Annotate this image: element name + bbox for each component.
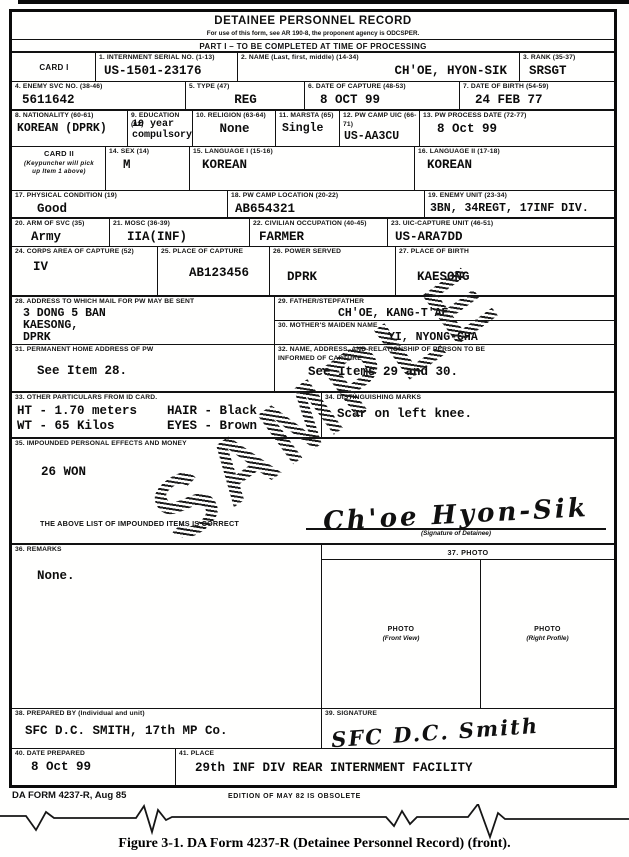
field-value: FARMER	[253, 230, 385, 244]
field-29-father-stepfather: 29. FATHER/STEPFATHER CH'OE, KANG-T'AE	[275, 297, 614, 321]
field-label: 29. FATHER/STEPFATHER	[278, 298, 612, 307]
field-value: SFC D.C. SMITH, 17th MP Co.	[15, 724, 319, 738]
field-value: Single	[279, 122, 337, 135]
page-top-tear-edge	[18, 0, 629, 4]
row-impounded: 35. IMPOUNDED PERSONAL EFFECTS AND MONEY…	[12, 439, 614, 545]
field-label: 24. CORPS AREA OF CAPTURE (52)	[15, 248, 155, 257]
field-36-remarks: 36. REMARKS None.	[12, 545, 322, 708]
field-value: REG	[189, 93, 302, 107]
field-13-pw-process-date: 13. PW PROCESS DATE (72-77) 8 Oct 99	[420, 111, 614, 146]
photo-right-sublabel: (Right Profile)	[526, 635, 568, 643]
row-card1: CARD I 1. INTERNMENT SERIAL NO. (1-13) U…	[12, 53, 614, 82]
field-label: 35. IMPOUNDED PERSONAL EFFECTS AND MONEY	[15, 440, 612, 449]
field-label: 32. NAME, ADDRESS, AND RELATIONSHIP OF P…	[278, 346, 612, 364]
field-11-marsta: 11. MARSTA (65) Single	[276, 111, 340, 146]
photo-header: 37. PHOTO	[322, 545, 614, 560]
field-10-religion: 10. RELIGION (63-64) None	[193, 111, 276, 146]
field-7-date-of-birth: 7. DATE OF BIRTH (54-59) 24 FEB 77	[460, 82, 614, 109]
field-26-power-served: 26. POWER SERVED DPRK	[270, 247, 396, 295]
field-value: KOREAN	[418, 158, 612, 172]
photo-right-label: PHOTO	[534, 625, 561, 636]
figure-caption: Figure 3-1. DA Form 4237-R (Detainee Per…	[0, 836, 629, 853]
field-label: 7. DATE OF BIRTH (54-59)	[463, 83, 612, 92]
field-value: 29th INF DIV REAR INTERNMENT FACILITY	[179, 761, 612, 775]
row-remarks-photo: 36. REMARKS None. 37. PHOTO PHOTO (Front…	[12, 545, 614, 709]
field-value: 10 year compulsory	[131, 120, 190, 141]
field-5-type: 5. TYPE (47) REG	[186, 82, 305, 109]
row-capture: 24. CORPS AREA OF CAPTURE (52) IV 25. PL…	[12, 247, 614, 297]
parents-column: 29. FATHER/STEPFATHER CH'OE, KANG-T'AE 3…	[275, 297, 614, 344]
field-label: 16. LANGUAGE II (17-18)	[418, 148, 612, 157]
field-3-rank: 3. RANK (35-37) SRSGT	[520, 53, 614, 81]
field-value: AB654321	[231, 202, 422, 216]
field-label: 18. PW CAMP LOCATION (20-22)	[231, 192, 422, 201]
field-27-place-of-birth: 27. PLACE OF BIRTH KAESONG	[396, 247, 614, 295]
field-9-education: 9. EDUCATION (62) 10 year compulsory	[128, 111, 193, 146]
field-label: 6. DATE OF CAPTURE (48-53)	[308, 83, 457, 92]
row-svc: 4. ENEMY SVC NO. (38-46) 5611642 5. TYPE…	[12, 82, 614, 111]
form-title: DETAINEE PERSONNEL RECORD	[12, 12, 614, 28]
field-label: 23. UIC-CAPTURE UNIT (46-51)	[391, 220, 612, 229]
field-label: 15. LANGUAGE I (15-16)	[193, 148, 412, 157]
detainee-signature-block: Ch'oe Hyon-Sik (Signature of Detainee)	[306, 502, 606, 539]
field-31-permanent-home-address: 31. PERMANENT HOME ADDRESS OF PW See Ite…	[12, 345, 275, 391]
field-label: 2. NAME (Last, first, middle) (14-34)	[241, 54, 517, 63]
field-1-internment-serial-no: 1. INTERNMENT SERIAL NO. (1-13) US-1501-…	[96, 53, 238, 81]
preparer-signature: SFC D.C. Smith	[331, 715, 540, 748]
field-20-arm-of-svc: 20. ARM OF SVC (35) Army	[12, 219, 110, 246]
card2-note: (Keypuncher will pick up Item 1 above)	[24, 160, 94, 177]
field-30-mothers-maiden-name: 30. MOTHER'S MAIDEN NAME YI, NYONG-CHA	[275, 321, 614, 344]
edition-note: EDITION OF MAY 82 IS OBSOLETE	[228, 793, 361, 800]
torn-edge-graphic	[0, 804, 629, 840]
card1-label: CARD I	[39, 63, 68, 73]
field-value: None	[196, 122, 273, 136]
field-22-civilian-occupation: 22. CIVILIAN OCCUPATION (40-45) FARMER	[250, 219, 388, 246]
part1-header: PART I – TO BE COMPLETED AT TIME OF PROC…	[12, 40, 614, 51]
field-label: 5. TYPE (47)	[189, 83, 302, 92]
field-16-language-2: 16. LANGUAGE II (17-18) KOREAN	[415, 147, 614, 190]
row-card2: CARD II (Keypuncher will pick up Item 1 …	[12, 147, 614, 191]
field-value: Army	[15, 230, 107, 244]
field-17-physical-condition: 17. PHYSICAL CONDITION (19) Good	[12, 191, 228, 217]
field-value: SRSGT	[523, 64, 612, 78]
row-physical: 17. PHYSICAL CONDITION (19) Good 18. PW …	[12, 191, 614, 219]
field-23-uic-capture-unit: 23. UIC-CAPTURE UNIT (46-51) US-ARA7DD	[388, 219, 614, 246]
field-value: US-AA3CU	[343, 130, 417, 143]
field-value: US-1501-23176	[99, 64, 235, 78]
photo-front-label: PHOTO	[388, 625, 415, 636]
row-date-place: 40. DATE PREPARED 8 Oct 99 41. PLACE 29t…	[12, 749, 614, 785]
field-label: 27. PLACE OF BIRTH	[399, 248, 612, 257]
field-33-other-particulars: 33. OTHER PARTICULARS FROM ID CARD. HT -…	[12, 393, 322, 437]
field-label: 12. PW CAMP UIC (66-71)	[343, 112, 417, 130]
field-label: 31. PERMANENT HOME ADDRESS OF PW	[15, 346, 272, 355]
field-label: 14. SEX (14)	[109, 148, 187, 157]
field-value: M	[109, 158, 187, 172]
field-value: See Items 29 and 30.	[278, 365, 612, 379]
impounded-certify-text: THE ABOVE LIST OF IMPOUNDED ITEMS IS COR…	[40, 520, 239, 527]
field-label: 28. ADDRESS TO WHICH MAIL FOR PW MAY BE …	[15, 298, 272, 307]
row-nationality: 8. NATIONALITY (60-61) KOREAN (DPRK) 9. …	[12, 111, 614, 147]
field-value: See Item 28.	[15, 364, 272, 378]
field-value: Good	[15, 202, 225, 216]
field-value: None.	[15, 569, 319, 583]
field-label: 22. CIVILIAN OCCUPATION (40-45)	[253, 220, 385, 229]
field-label: 41. PLACE	[179, 750, 612, 759]
field-label: 21. MOSC (36-39)	[113, 220, 247, 229]
card1-cell: CARD I	[12, 53, 96, 81]
field-38-prepared-by: 38. PREPARED BY (Individual and unit) SF…	[12, 709, 322, 748]
field-value: CH'OE, KANG-T'AE	[278, 307, 612, 320]
row-arm-of-svc: 20. ARM OF SVC (35) Army 21. MOSC (36-39…	[12, 219, 614, 247]
form-subtitle: For use of this form, see AR 190-8, the …	[12, 28, 614, 40]
card2-cell: CARD II (Keypuncher will pick up Item 1 …	[12, 147, 106, 190]
card2-label: CARD II	[44, 149, 74, 158]
field-37-photo: 37. PHOTO PHOTO (Front View) PHOTO (Righ…	[322, 545, 614, 708]
field-label: 34. DISTINGUISHING MARKS	[325, 394, 612, 403]
field-value: KOREAN	[193, 158, 412, 172]
field-label: 40. DATE PREPARED	[15, 750, 173, 759]
da-form-4237r: DETAINEE PERSONNEL RECORD For use of thi…	[9, 9, 617, 788]
field-label: 25. PLACE OF CAPTURE	[161, 248, 267, 257]
photo-boxes: PHOTO (Front View) PHOTO (Right Profile)	[322, 560, 614, 708]
field-label: 36. REMARKS	[15, 546, 319, 555]
field-label: 17. PHYSICAL CONDITION (19)	[15, 192, 225, 201]
field-19-enemy-unit: 19. ENEMY UNIT (23-34) 3BN, 34REGT, 17IN…	[425, 191, 614, 217]
field-18-pw-camp-location: 18. PW CAMP LOCATION (20-22) AB654321	[228, 191, 425, 217]
field-value: IIA(INF)	[113, 230, 247, 244]
field-value: DPRK	[273, 270, 393, 284]
field-label: 4. ENEMY SVC NO. (38-46)	[15, 83, 183, 92]
field-value: 8 Oct 99	[423, 122, 612, 136]
field-34-distinguishing-marks: 34. DISTINGUISHING MARKS Scar on left kn…	[322, 393, 614, 437]
field-label: 8. NATIONALITY (60-61)	[15, 112, 125, 121]
field-12-pw-camp-uic: 12. PW CAMP UIC (66-71) US-AA3CU	[340, 111, 420, 146]
photo-right-profile-box: PHOTO (Right Profile)	[481, 560, 614, 708]
field-28-mail-address: 28. ADDRESS TO WHICH MAIL FOR PW MAY BE …	[12, 297, 275, 344]
field-32-person-to-be-informed: 32. NAME, ADDRESS, AND RELATIONSHIP OF P…	[275, 345, 614, 391]
detainee-signature: Ch'oe Hyon-Sik	[306, 502, 606, 530]
field-value: Scar on left knee.	[325, 407, 612, 421]
field-label: 30. MOTHER'S MAIDEN NAME	[278, 322, 612, 331]
row-prepared-by: 38. PREPARED BY (Individual and unit) SF…	[12, 709, 614, 749]
field-value: 26 WON	[15, 465, 612, 479]
field-label: 20. ARM OF SVC (35)	[15, 220, 107, 229]
field-value: AB123456	[161, 266, 267, 280]
field-value: 5611642	[15, 93, 183, 107]
field-value: 24 FEB 77	[463, 93, 612, 107]
field-35-impounded-effects: 35. IMPOUNDED PERSONAL EFFECTS AND MONEY…	[12, 439, 614, 543]
photo-front-sublabel: (Front View)	[383, 635, 420, 643]
field-39-signature: 39. SIGNATURE SFC D.C. Smith	[322, 709, 614, 748]
field-40-date-prepared: 40. DATE PREPARED 8 Oct 99	[12, 749, 176, 785]
field-15-language-1: 15. LANGUAGE I (15-16) KOREAN	[190, 147, 415, 190]
field-value: CH'OE, HYON-SIK	[241, 64, 517, 78]
field-value: 8 OCT 99	[308, 93, 457, 107]
field-label: 38. PREPARED BY (Individual and unit)	[15, 710, 319, 719]
row-home-address: 31. PERMANENT HOME ADDRESS OF PW See Ite…	[12, 345, 614, 393]
field-4-enemy-svc-no: 4. ENEMY SVC NO. (38-46) 5611642	[12, 82, 186, 109]
field-14-sex: 14. SEX (14) M	[106, 147, 190, 190]
field-label: 19. ENEMY UNIT (23-34)	[428, 192, 612, 201]
field-label: 1. INTERNMENT SERIAL NO. (1-13)	[99, 54, 235, 63]
field-label: 10. RELIGION (63-64)	[196, 112, 273, 121]
field-41-place: 41. PLACE 29th INF DIV REAR INTERNMENT F…	[176, 749, 614, 785]
field-value: 3BN, 34REGT, 17INF DIV.	[428, 202, 612, 215]
field-2-name: 2. NAME (Last, first, middle) (14-34) CH…	[238, 53, 520, 81]
field-25-place-of-capture: 25. PLACE OF CAPTURE AB123456	[158, 247, 270, 295]
field-value: IV	[15, 260, 155, 274]
row-mail-parents: 28. ADDRESS TO WHICH MAIL FOR PW MAY BE …	[12, 297, 614, 345]
scanned-manual-page: SAMPLE DETAINEE PERSONNEL RECORD For use…	[0, 0, 629, 857]
field-value: US-ARA7DD	[391, 230, 612, 244]
field-label: 33. OTHER PARTICULARS FROM ID CARD.	[15, 394, 319, 403]
field-value: 8 Oct 99	[15, 760, 173, 774]
field-21-mosc: 21. MOSC (36-39) IIA(INF)	[110, 219, 250, 246]
field-value: YI, NYONG-CHA	[278, 331, 612, 344]
photo-front-view-box: PHOTO (Front View)	[322, 560, 481, 708]
field-value: HT - 1.70 meters HAIR - Black WT - 65 Ki…	[15, 404, 319, 435]
field-label: 11. MARSTA (65)	[279, 112, 337, 121]
field-value: 3 DONG 5 BAN KAESONG, DPRK	[15, 308, 272, 344]
field-value: KOREAN (DPRK)	[15, 122, 125, 135]
form-header: DETAINEE PERSONNEL RECORD For use of thi…	[12, 12, 614, 53]
row-id-particulars: 33. OTHER PARTICULARS FROM ID CARD. HT -…	[12, 393, 614, 439]
field-24-corps-area-of-capture: 24. CORPS AREA OF CAPTURE (52) IV	[12, 247, 158, 295]
field-6-date-of-capture: 6. DATE OF CAPTURE (48-53) 8 OCT 99	[305, 82, 460, 109]
field-label: 3. RANK (35-37)	[523, 54, 612, 63]
form-number-footer: DA FORM 4237-R, Aug 85	[12, 791, 126, 801]
field-label: 13. PW PROCESS DATE (72-77)	[423, 112, 612, 121]
field-label: 26. POWER SERVED	[273, 248, 393, 257]
field-value: KAESONG	[399, 270, 612, 284]
field-8-nationality: 8. NATIONALITY (60-61) KOREAN (DPRK)	[12, 111, 128, 146]
